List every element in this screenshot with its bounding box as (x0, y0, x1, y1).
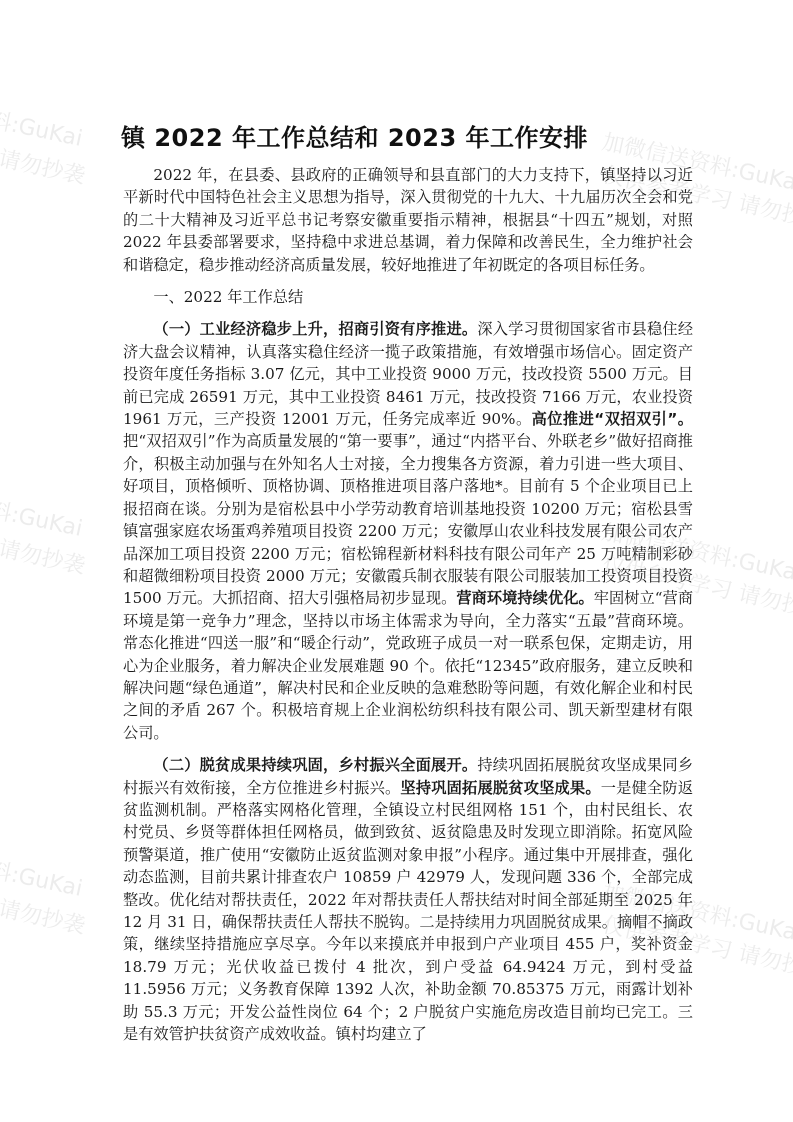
watermark-low-left-1: 加微信送资料:GuKai (0, 834, 85, 904)
document-page: 镇 2022 年工作总结和 2023 年工作安排 2022 年，在县委、县政府的… (123, 118, 693, 1045)
document-title: 镇 2022 年工作总结和 2023 年工作安排 (121, 118, 693, 158)
subsection-poverty-heading: （二）脱贫成果持续巩固，乡村振兴全面展开。 (153, 756, 477, 774)
watermark-low-left-2: 仅供参考学习 请勿抄袭 (0, 867, 87, 942)
business-environment-heading: 营商环境持续优化。 (456, 589, 593, 607)
watermark-top-left-1: 加微信送资料:GuKai (0, 84, 85, 154)
consolidate-results-text: 一是健全防返贫监测机制。严格落实网格化管理，全镇设立村民组网格 151 个，由村… (123, 779, 693, 1043)
subsection-industry-paragraph: （一）工业经济稳步上升，招商引资有序推进。深入学习贯彻国家省市县稳住经济大盘会议… (123, 318, 693, 744)
investment-attraction-heading: 高位推进“双招双引”。 (532, 410, 693, 428)
watermark-top-left-2: 仅供参考学习 请勿抄袭 (0, 117, 87, 192)
section-heading-summary: 一、2022 年工作总结 (123, 286, 693, 308)
consolidate-results-heading: 坚持巩固拓展脱贫攻坚成果。 (400, 779, 600, 797)
subsection-poverty-paragraph: （二）脱贫成果持续巩固，乡村振兴全面展开。持续巩固拓展脱贫攻坚成果同乡村振兴有效… (123, 754, 693, 1045)
intro-paragraph: 2022 年，在县委、县政府的正确领导和县直部门的大力支持下，镇坚持以习近平新时… (123, 164, 693, 276)
investment-attraction-text: 把“双招双引”作为高质量发展的“第一要事”，通过“内搭平台、外联老乡”做好招商推… (123, 432, 693, 607)
business-environment-text: 牢固树立“营商环境是第一竞争力”理念，坚持以市场主体需求为导向，全力落实“五最”… (123, 589, 693, 741)
subsection-industry-heading: （一）工业经济稳步上升，招商引资有序推进。 (153, 320, 477, 338)
watermark-mid-left-2: 仅供参考学习 请勿抄袭 (0, 507, 87, 582)
watermark-mid-left-1: 加微信送资料:GuKai (0, 474, 85, 544)
